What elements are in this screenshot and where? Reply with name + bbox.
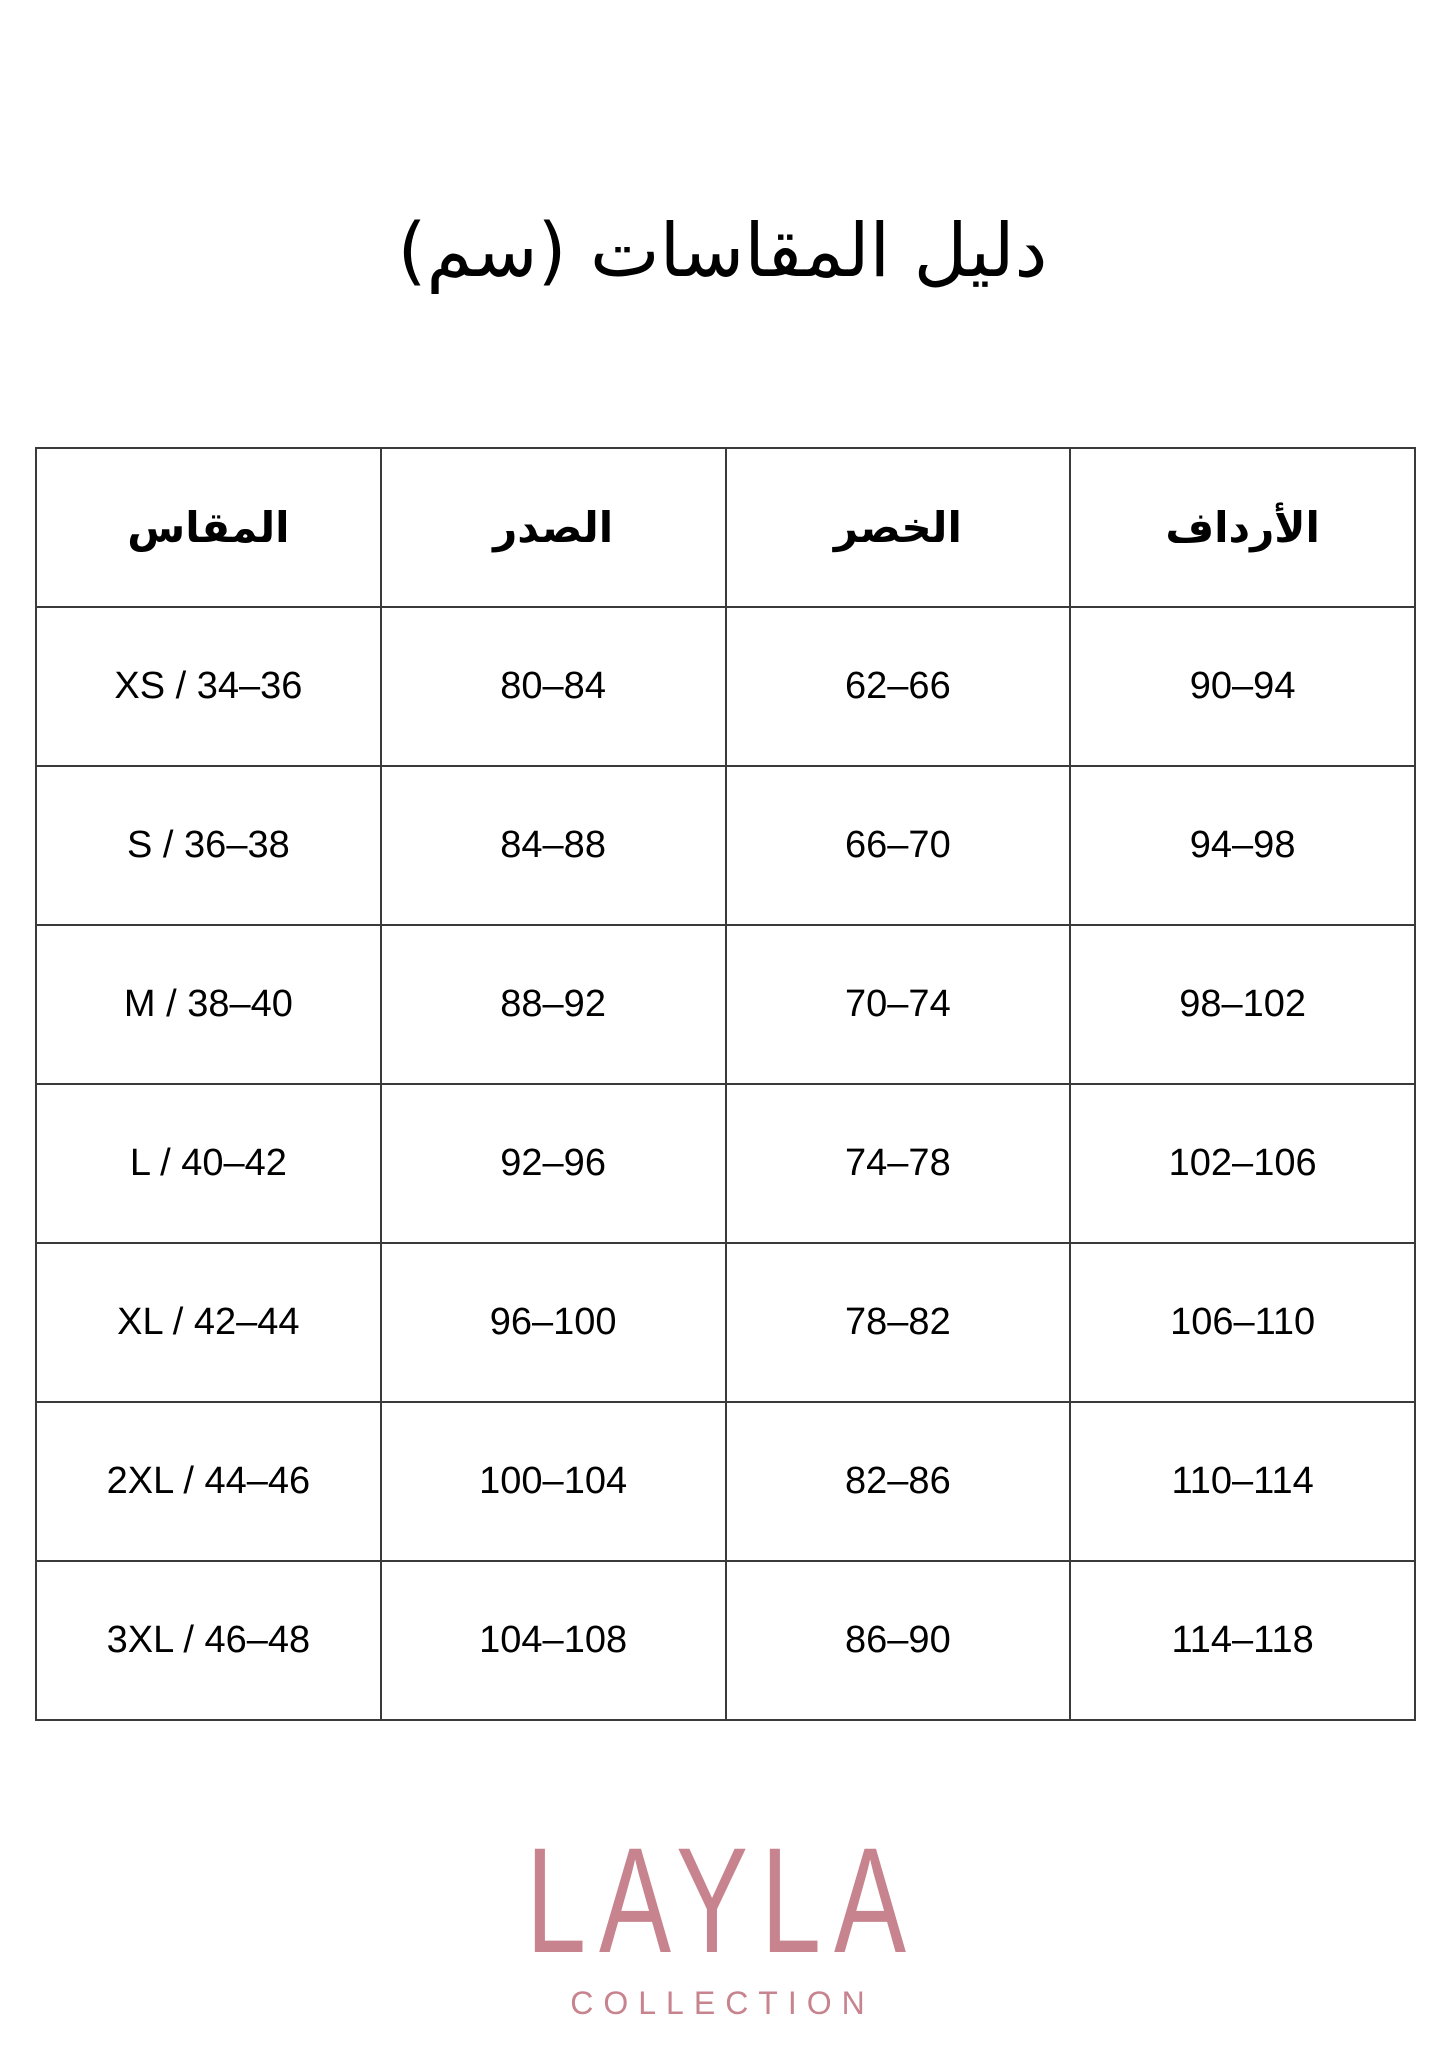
cell-size: XL / 42–44 <box>36 1243 381 1402</box>
cell-waist: 66–70 <box>726 766 1071 925</box>
cell-bust: 96–100 <box>381 1243 726 1402</box>
cell-hips: 90–94 <box>1070 607 1415 766</box>
table-row: 102–106 74–78 92–96 L / 40–42 <box>36 1084 1415 1243</box>
cell-hips: 94–98 <box>1070 766 1415 925</box>
cell-bust: 92–96 <box>381 1084 726 1243</box>
table-row: 114–118 86–90 104–108 3XL / 46–48 <box>36 1561 1415 1720</box>
header-size: المقاس <box>36 448 381 607</box>
cell-bust: 104–108 <box>381 1561 726 1720</box>
brand-logo: LAYLA COLLECTION <box>0 1835 1445 2022</box>
header-hips: الأرداف <box>1070 448 1415 607</box>
table-row: 98–102 70–74 88–92 M / 38–40 <box>36 925 1415 1084</box>
cell-size: 2XL / 44–46 <box>36 1402 381 1561</box>
table-row: 94–98 66–70 84–88 S / 36–38 <box>36 766 1415 925</box>
cell-waist: 70–74 <box>726 925 1071 1084</box>
cell-hips: 98–102 <box>1070 925 1415 1084</box>
cell-waist: 86–90 <box>726 1561 1071 1720</box>
brand-subtitle: COLLECTION <box>0 1985 1445 2022</box>
cell-size: 3XL / 46–48 <box>36 1561 381 1720</box>
cell-hips: 110–114 <box>1070 1402 1415 1561</box>
cell-hips: 114–118 <box>1070 1561 1415 1720</box>
header-waist: الخصر <box>726 448 1071 607</box>
cell-waist: 78–82 <box>726 1243 1071 1402</box>
cell-bust: 100–104 <box>381 1402 726 1561</box>
table-row: 106–110 78–82 96–100 XL / 42–44 <box>36 1243 1415 1402</box>
cell-hips: 106–110 <box>1070 1243 1415 1402</box>
cell-bust: 84–88 <box>381 766 726 925</box>
brand-name: LAYLA <box>202 1835 1242 1965</box>
table-header-row: الأرداف الخصر الصدر المقاس <box>36 448 1415 607</box>
cell-size: L / 40–42 <box>36 1084 381 1243</box>
cell-size: XS / 34–36 <box>36 607 381 766</box>
cell-size: S / 36–38 <box>36 766 381 925</box>
cell-bust: 88–92 <box>381 925 726 1084</box>
cell-waist: 62–66 <box>726 607 1071 766</box>
cell-bust: 80–84 <box>381 607 726 766</box>
page-title: دليل المقاسات (سم) <box>0 196 1445 306</box>
header-bust: الصدر <box>381 448 726 607</box>
size-chart-table: الأرداف الخصر الصدر المقاس 90–94 62–66 8… <box>35 447 1416 1721</box>
cell-size: M / 38–40 <box>36 925 381 1084</box>
table-row: 110–114 82–86 100–104 2XL / 44–46 <box>36 1402 1415 1561</box>
cell-hips: 102–106 <box>1070 1084 1415 1243</box>
cell-waist: 82–86 <box>726 1402 1071 1561</box>
cell-waist: 74–78 <box>726 1084 1071 1243</box>
table-row: 90–94 62–66 80–84 XS / 34–36 <box>36 607 1415 766</box>
